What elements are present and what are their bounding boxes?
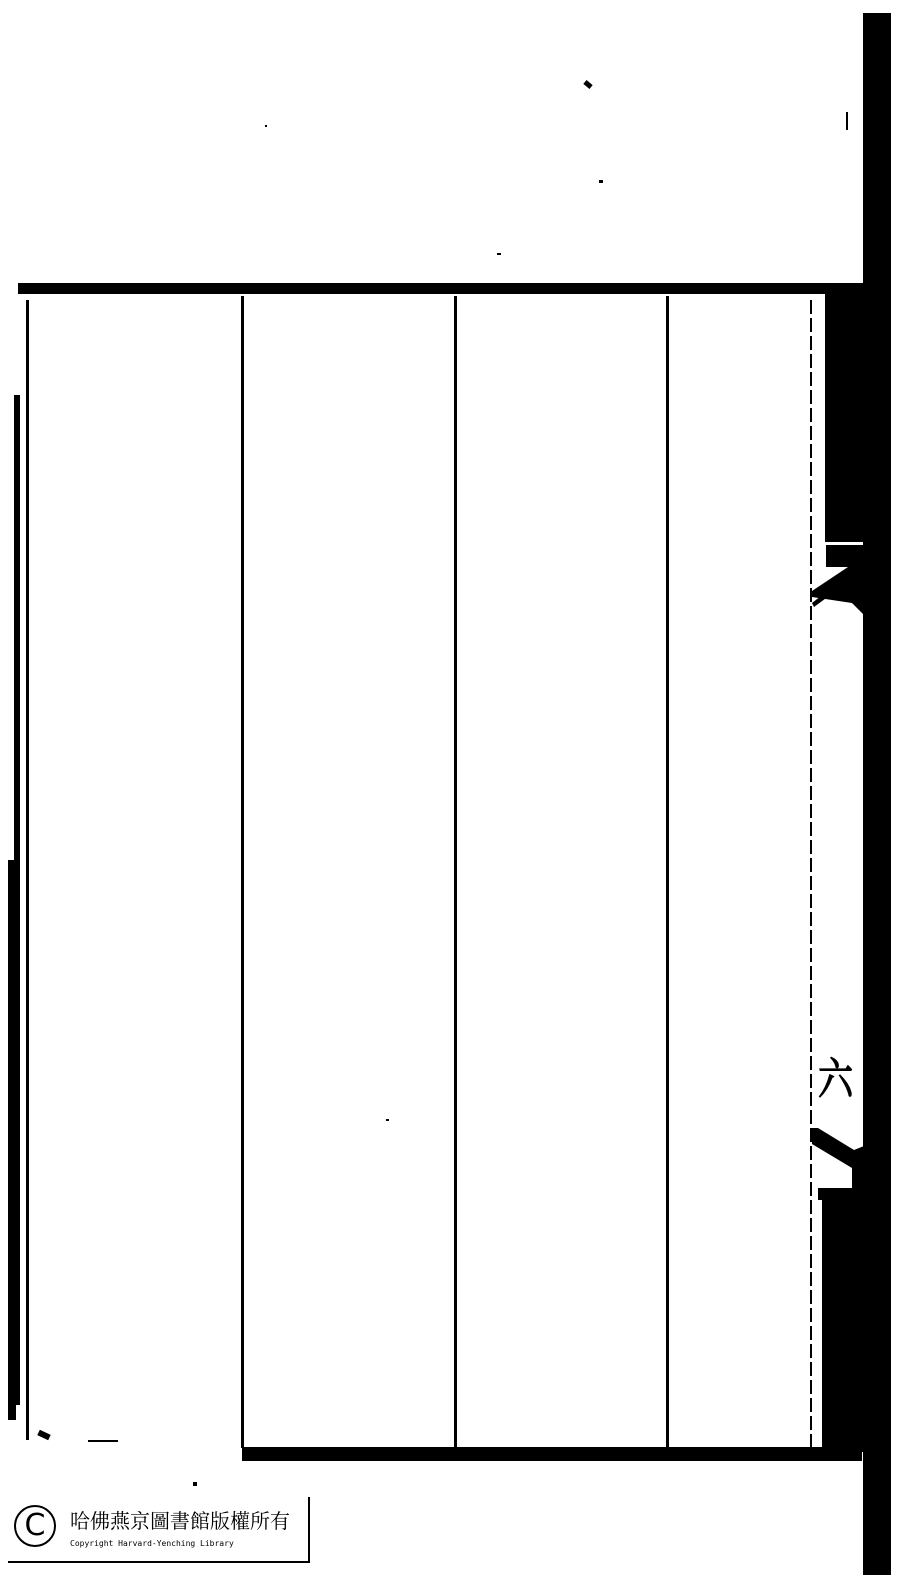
copyright-symbol-icon: C — [14, 1505, 56, 1547]
frame-bottom-border — [242, 1447, 862, 1461]
fishtail-mark-upper — [808, 545, 864, 615]
column-divider — [241, 296, 244, 1448]
copyright-text-chinese: 哈佛燕京圖書館版權所有 — [70, 1505, 290, 1534]
column-divider — [666, 296, 669, 1448]
scan-speck — [37, 1430, 50, 1441]
scan-speck — [846, 112, 848, 130]
copyright-stamp: C 哈佛燕京圖書館版權所有 Copyright Harvard-Yenching… — [8, 1497, 310, 1563]
copyright-text-english: Copyright Harvard-Yenching Library — [70, 1539, 234, 1548]
black-mouth-lower — [822, 1190, 864, 1452]
page-edge-shadow — [863, 13, 891, 1575]
black-mouth-upper — [825, 290, 865, 542]
scan-speck — [88, 1440, 118, 1442]
scan-speck — [386, 1119, 389, 1121]
frame-left-inner-border — [26, 300, 29, 1440]
scan-speck — [599, 180, 603, 183]
frame-top-border — [18, 283, 863, 294]
scan-speck — [193, 1482, 197, 1486]
column-divider — [454, 296, 457, 1448]
scan-speck — [497, 253, 501, 255]
frame-left-outer-border-lower — [8, 860, 16, 1420]
fold-border-line — [810, 300, 812, 1450]
fold-glyph-fragment: 六 — [818, 1058, 853, 1102]
fishtail-mark-lower — [808, 1128, 864, 1200]
scan-speck — [583, 80, 592, 89]
scan-speck — [265, 125, 267, 127]
